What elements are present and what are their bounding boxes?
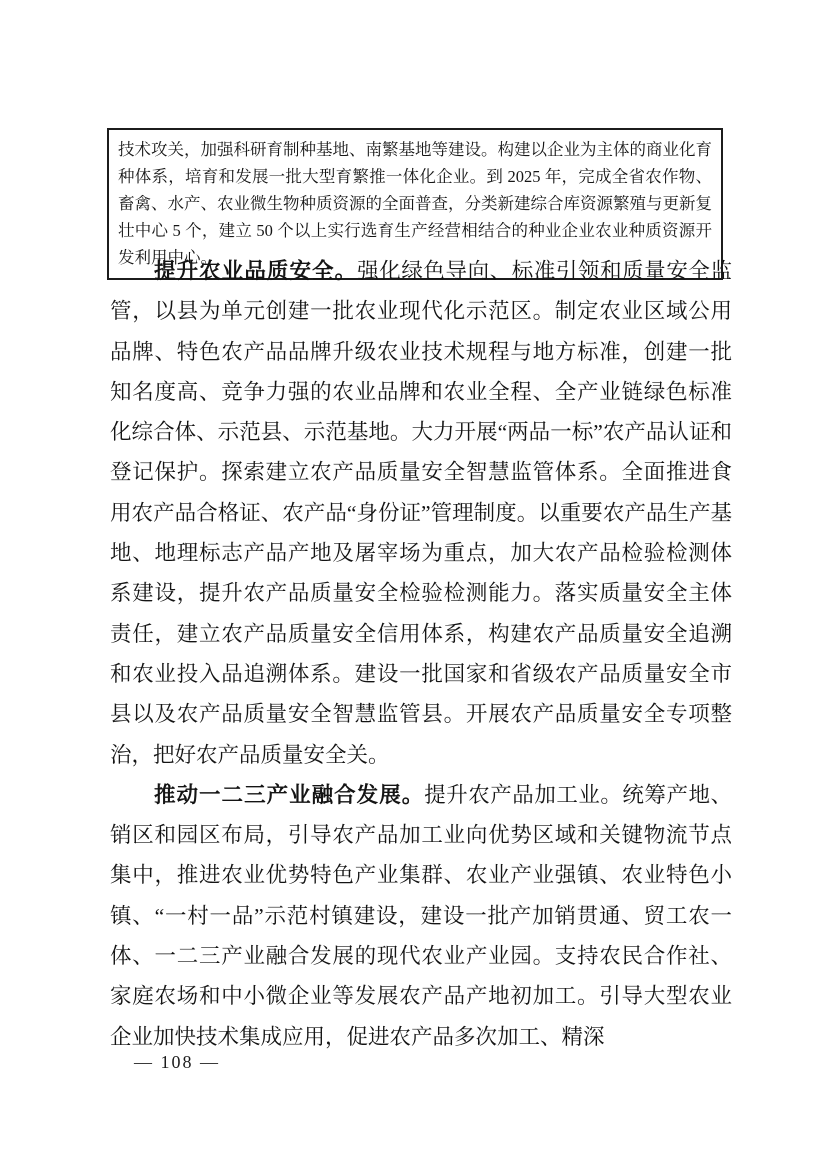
page-number: — 108 — bbox=[134, 1052, 220, 1073]
document-page: 技术攻关，加强科研育制种基地、南繁基地等建设。构建以企业为主体的商业化育种体系，… bbox=[0, 0, 827, 1169]
paragraph-bold-lead: 提升农业品质安全。 bbox=[154, 259, 357, 283]
paragraph-body-text: 提升农产品加工业。统筹产地、销区和园区布局，引导农产品加工业向优势区域和关键物流… bbox=[110, 783, 732, 1049]
document-body: 提升农业品质安全。强化绿色导向、标准引领和质量安全监管，以县为单元创建一批农业现… bbox=[110, 251, 732, 1057]
paragraph-body-text: 强化绿色导向、标准引领和质量安全监管，以县为单元创建一批农业现代化示范区。制定农… bbox=[110, 259, 732, 767]
paragraph-agri-quality-safety: 提升农业品质安全。强化绿色导向、标准引领和质量安全监管，以县为单元创建一批农业现… bbox=[110, 251, 732, 775]
paragraph-bold-lead: 推动一二三产业融合发展。 bbox=[154, 783, 424, 807]
paragraph-industry-integration: 推动一二三产业融合发展。提升农产品加工业。统筹产地、销区和园区布局，引导农产品加… bbox=[110, 775, 732, 1057]
